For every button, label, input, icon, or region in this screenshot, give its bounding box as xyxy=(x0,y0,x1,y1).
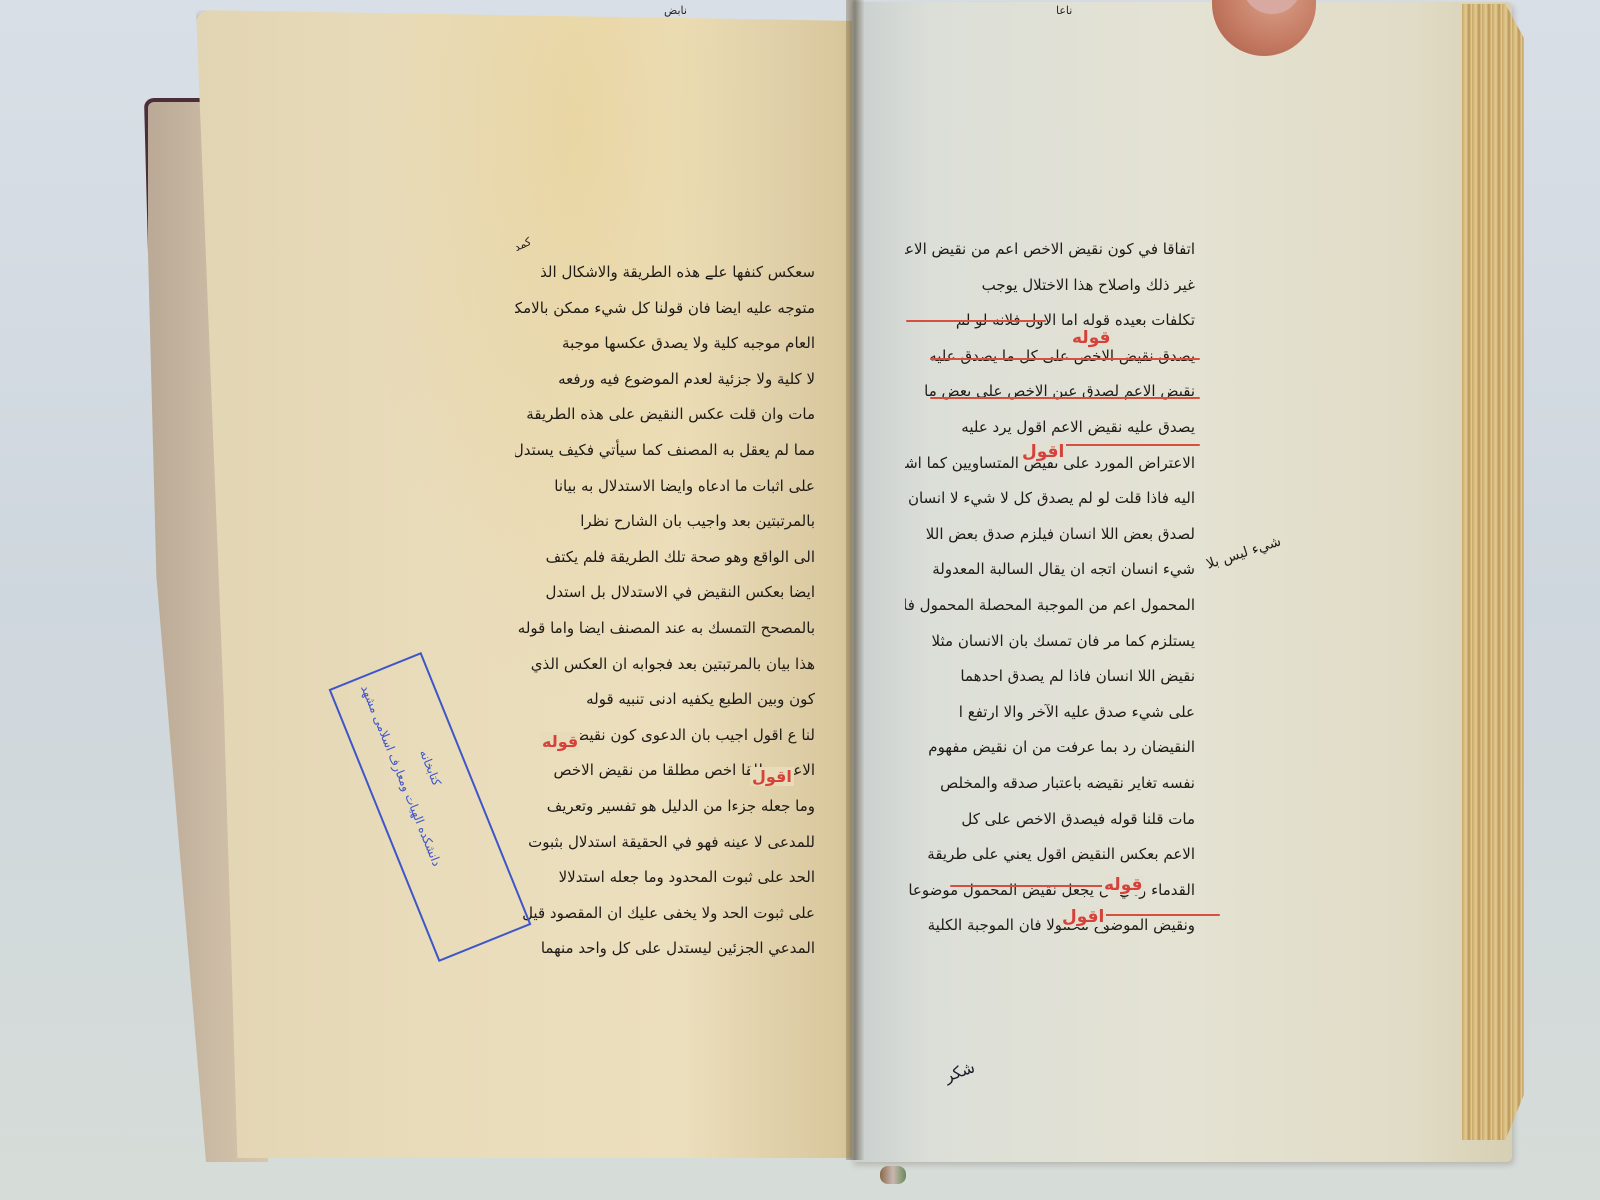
rubric-qawluhu: قوله xyxy=(1102,875,1144,895)
text-line: يصدق عليه نقيض الاعم اقول يرد عليه xyxy=(905,410,1195,446)
stamp-title: كتابخانه xyxy=(417,748,444,788)
text-line: نفسه تغاير نقيضه باعتبار صدقه والمخلص xyxy=(905,766,1195,802)
text-line: يستلزم كما مر فان تمسك بان الانسان مثلا xyxy=(905,624,1195,660)
text-line: النقيضان رد بما عرفت من ان نقيض مفهوم xyxy=(905,730,1195,766)
catchword-left: نابض xyxy=(664,4,687,17)
rubric-aqulu: اقول xyxy=(750,767,794,786)
manuscript-photo: نابض ناعا سعكس كنفها علے هذه الطريقة وال… xyxy=(0,0,1600,1200)
rubric-overline xyxy=(1050,444,1200,446)
text-line: اليه فاذا قلت لو لم يصدق كل لا شيء لا ان… xyxy=(905,481,1195,517)
rubric-overline xyxy=(930,397,1200,399)
rubric-qawluhu: قوله xyxy=(1070,328,1112,348)
bookmark-clip xyxy=(880,1166,906,1184)
text-line: لا كلية ولا جزئية لعدم الموضوع فيه ورفعه xyxy=(515,362,815,398)
text-line: متوجه عليه ايضا فان قولنا كل شيء ممكن با… xyxy=(515,291,815,327)
text-line: غير ذلك واصلاح هذا الاختلال يوجب xyxy=(905,268,1195,304)
text-line: الحد على ثبوت المحدود وما جعله استدلالا xyxy=(515,860,815,896)
text-line: هذا بيان بالمرتبتين بعد فجوابه ان العكس … xyxy=(515,647,815,683)
text-line: نقيض الاعم لصدق عين الاخص على بعض ما xyxy=(905,374,1195,410)
rubric-overline xyxy=(930,358,1200,360)
catchword-right: ناعا xyxy=(1056,4,1072,17)
left-page-text: سعكس كنفها علے هذه الطريقة والاشكال الذ … xyxy=(515,255,815,967)
rubric-overline xyxy=(950,885,1110,887)
rubric-aqulu: اقول xyxy=(1060,907,1106,927)
text-line: القدماء وهي ان يجعل نقيض المحمول موضوعا xyxy=(905,873,1195,909)
text-line: وما جعله جزءا من الدليل هو تفسير وتعريف xyxy=(515,789,815,825)
text-line: الاعم بعكس النقيض اقول يعني على طريقة xyxy=(905,837,1195,873)
text-line: لصدق بعض اللا انسان فيلزم صدق بعض اللا xyxy=(905,517,1195,553)
right-page-text: اتفاقا في كون نقيض الاخص اعم من نقيض الا… xyxy=(905,232,1195,944)
rubric-aqulu: اقول xyxy=(1020,442,1066,462)
text-line: مما لم يعقل به المصنف كما سيأتي فكيف يست… xyxy=(515,433,815,469)
book-gutter xyxy=(846,0,864,1160)
thumbnail xyxy=(1242,0,1302,14)
text-line: العام موجبه كلية ولا يصدق عكسها موجبة xyxy=(515,326,815,362)
text-line: على ثبوت الحد ولا يخفى عليك ان المقصود ق… xyxy=(515,896,815,932)
text-line: اتفاقا في كون نقيض الاخص اعم من نقيض الا… xyxy=(905,232,1195,268)
text-line: كون وبين الطبع يكفيه ادنى تنبيه قوله xyxy=(515,682,815,718)
text-line: نقيض اللا انسان فاذا لم يصدق احدهما xyxy=(905,659,1195,695)
text-line: بالمرتبتين بعد واجيب بان الشارح نظرا xyxy=(515,504,815,540)
text-line: للمدعى لا عينه فهو في الحقيقة استدلال بث… xyxy=(515,825,815,861)
text-line: على شيء صدق عليه الآخر والا ارتفع ا xyxy=(905,695,1195,731)
text-line: مات قلنا قوله فيصدق الاخص على كل xyxy=(905,802,1195,838)
text-line: مات وان قلت عكس النقيض على هذه الطريقة xyxy=(515,397,815,433)
page-block-edges xyxy=(1462,4,1524,1140)
text-line: شيء انسان اتجه ان يقال السالبة المعدولة xyxy=(905,552,1195,588)
text-line: المدعي الجزئين ليستدل على كل واحد منهما xyxy=(515,931,815,967)
text-line: سعكس كنفها علے هذه الطريقة والاشكال الذ xyxy=(515,255,815,291)
rubric-overline xyxy=(906,320,1046,322)
text-line: بالمصحح التمسك به عند المصنف ايضا واما ق… xyxy=(515,611,815,647)
rubric-qawluhu: قوله xyxy=(540,732,580,751)
text-line: ايضا بعكس النقيض في الاستدلال بل استدل xyxy=(515,575,815,611)
text-line: يصدق نقيض الاخص على كل ما يصدق عليه xyxy=(905,339,1195,375)
text-line: الى الواقع وهو صحة تلك الطريقة فلم يكتف xyxy=(515,540,815,576)
text-line: المحمول اعم من الموجبة المحصلة المحمول ف… xyxy=(905,588,1195,624)
text-line: على اثبات ما ادعاه وايضا الاستدلال به بي… xyxy=(515,469,815,505)
